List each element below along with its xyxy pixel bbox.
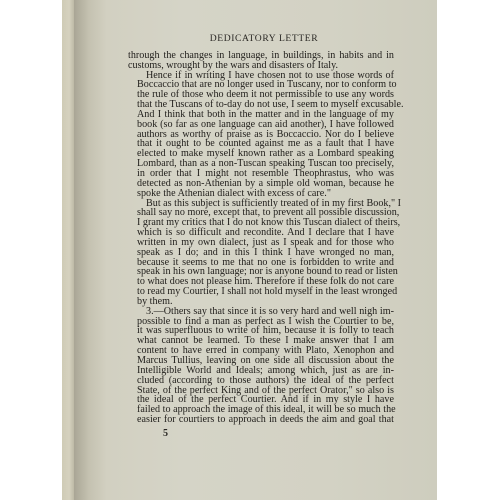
paragraph: through the changes in language, in buil… <box>128 51 394 71</box>
running-head: DEDICATORY LETTER <box>128 34 394 44</box>
book-page: DEDICATORY LETTER through the changes in… <box>74 0 437 500</box>
page-edge <box>62 0 74 500</box>
paragraph: But as this subject is sufficiently trea… <box>128 199 394 307</box>
page-number: 5 <box>128 429 394 439</box>
text-line: easier for courtiers to approach in deed… <box>128 415 394 425</box>
paragraph: Hence if in writing I have chosen not to… <box>128 71 394 199</box>
page-content: DEDICATORY LETTER through the changes in… <box>128 34 394 439</box>
paragraph: 3.—Others say that since it is so very h… <box>128 307 394 425</box>
